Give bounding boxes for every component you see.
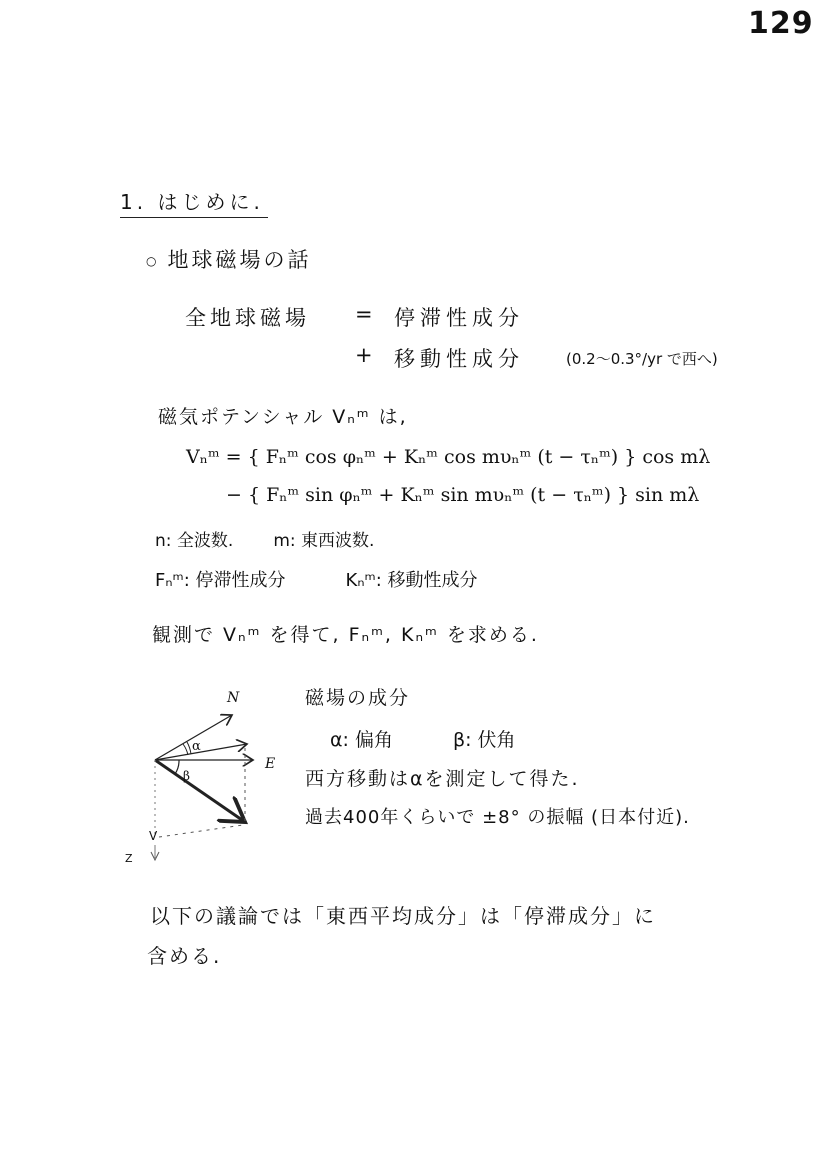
diagram-title: 磁場の成分 [305,683,410,710]
bullet-icon: ○ [146,254,159,268]
observation-note: 観測で Vₙᵐ を得て, Fₙᵐ, Kₙᵐ を求める. [152,620,539,647]
def-n: n: 全波数. [155,531,233,551]
svg-text:N: N [226,690,240,706]
diagram-angle-definitions: α: 偏角β: 伏角 [330,725,516,752]
definitions-components: Fₙᵐ: 停滞性成分Kₙᵐ: 移動性成分 [155,566,478,592]
svg-text:V: V [149,829,158,843]
svg-text:E: E [264,756,275,772]
svg-text:Z: Z [125,852,133,865]
beta-definition: β: 伏角 [453,729,516,751]
formula-line-1: Vₙᵐ = { Fₙᵐ cos φₙᵐ + Kₙᵐ cos mυₙᵐ (t − … [186,446,710,468]
topic-heading-text: 地球磁場の話 [167,248,311,272]
equation-term-stationary: 停滞性成分 [394,302,524,332]
alpha-definition: α: 偏角 [330,729,393,751]
closing-line-1: 以下の議論では「東西平均成分」は「停滞成分」に [150,900,656,929]
formula-cos-term: { Fₙᵐ cos φₙᵐ + Kₙᵐ cos mυₙᵐ (t − τₙᵐ) }… [248,446,711,468]
definitions-wavenumbers: n: 全波数.m: 東西波数. [155,526,374,551]
diagram-note-2: 過去400年くらいで ±8° の振幅 (日本付近). [305,803,690,829]
closing-line-2: 含める. [147,940,221,969]
def-m: m: 東西波数. [273,531,374,551]
diagram-note-1: 西方移動はαを測定して得た. [305,764,580,791]
equation-plus: + [355,343,373,367]
page-number: 129 [748,6,814,41]
equation-equals: = [355,302,373,326]
formula-lhs: Vₙᵐ = [186,446,242,468]
equation-lhs: 全地球磁場 [185,302,310,332]
section-title: 1. はじめに. [120,186,268,218]
svg-text:α: α [192,739,201,754]
topic-heading: ○地球磁場の話 [146,244,311,274]
svg-text:β: β [183,769,190,783]
def-K: Kₙᵐ: 移動性成分 [346,570,478,591]
def-F: Fₙᵐ: 停滞性成分 [155,570,286,591]
field-components-diagram: N E α β V Z [115,680,295,870]
equation-drift-note: (0.2〜0.3°/yr で西へ) [566,348,718,369]
equation-term-drifting: 移動性成分 [394,343,524,373]
formula-line-2: − { Fₙᵐ sin φₙᵐ + Kₙᵐ sin mυₙᵐ (t − τₙᵐ)… [226,484,699,506]
potential-intro: 磁気ポテンシャル Vₙᵐ は, [158,402,408,429]
vector-diagram-icon: N E α β V Z [115,680,295,870]
